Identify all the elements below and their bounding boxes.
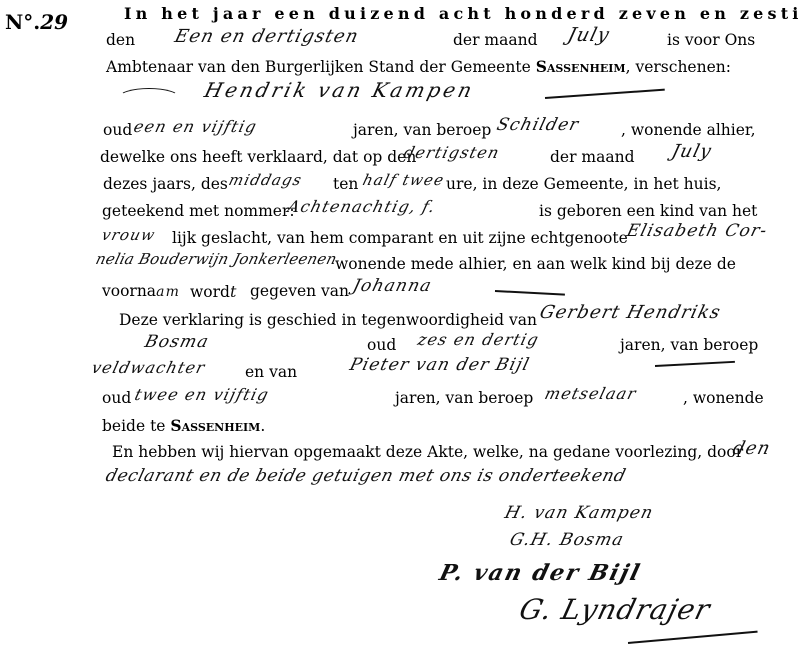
flourish — [118, 88, 180, 108]
handwritten-month: July — [566, 26, 612, 45]
handwritten-witness2: Pieter van der Bijl — [348, 357, 532, 374]
signature-registrar: G. Lyndrajer — [517, 596, 714, 624]
handwritten-witness1-2: Bosma — [143, 334, 211, 351]
handwritten-declarant-age: een en vijftig — [132, 119, 259, 135]
record-number: N°.29 — [5, 10, 68, 34]
handwritten-day: Een en dertigsten — [173, 28, 361, 46]
handwritten-am: am — [156, 284, 180, 300]
label-geslacht: lijk geslacht, van hem comparant en uit … — [172, 231, 628, 247]
verklaard-line: dewelke ons heeft verklaard, dat op den — [100, 150, 416, 166]
handwritten-witness1-age: zes en dertig — [416, 332, 541, 348]
label-der-maand-2: der maand — [550, 150, 635, 166]
fill-line-3 — [655, 361, 735, 367]
handwritten-birth-month: July — [670, 143, 714, 161]
label-voor-ons: is voor Ons — [667, 33, 755, 49]
record-number-label: N°. — [5, 10, 40, 34]
label-wonende-mede: wonende mede alhier, en aan welk kind bi… — [335, 257, 736, 273]
verklaring-line: Deze verklaring is geschied in tegenwoor… — [119, 313, 537, 329]
ambtenaar-text: Ambtenaar van den Burgerlijken Stand der… — [106, 58, 531, 76]
label-gegeven-van: gegeven van — [250, 284, 349, 300]
label-dezes-jaars: dezes jaars, des — [103, 177, 228, 193]
label-oud: oud — [103, 123, 132, 139]
fill-line-2 — [495, 290, 565, 295]
closing-line: En hebben wij hiervan opgemaakt deze Akt… — [112, 445, 743, 461]
signature-witness2: P. van der Bijl — [437, 562, 643, 584]
municipality-name-2: Sassenheim — [170, 416, 260, 435]
municipality-name: Sassenheim — [536, 57, 626, 76]
word-text: word — [190, 283, 230, 301]
period: . — [260, 417, 265, 435]
verschenen-text: , verschenen: — [626, 58, 731, 76]
handwritten-closing: declarant en de beide getuigen met ons i… — [104, 468, 628, 485]
handwritten-declarant-occupation: Schilder — [495, 117, 581, 134]
beide-te-text: beide te — [102, 417, 165, 435]
handwritten-birth-day: dertigsten — [402, 145, 502, 161]
handwritten-witness2-occupation: metselaar — [543, 386, 638, 402]
label-oud-3: oud — [102, 391, 131, 407]
label-geboren: is geboren een kind van het — [539, 204, 757, 220]
signature-witness1: G.H. Bosma — [508, 532, 626, 549]
handwritten-child-name: Johanna — [351, 278, 434, 295]
handwritten-witness2-age: twee en vijftig — [133, 387, 271, 403]
label-nommer: geteekend met nommer: — [102, 204, 295, 220]
signature-declarant: H. van Kampen — [503, 505, 655, 522]
handwritten-closing-end: den — [731, 440, 773, 458]
signature-underline — [628, 631, 758, 644]
handwritten-time: half twee — [361, 173, 446, 188]
label-ure-gemeente: ure, in deze Gemeente, in het huis, — [446, 177, 721, 193]
handwritten-sex: vrouw — [100, 228, 157, 243]
handwritten-mother-2: nelia Bouderwijn Jonkerleenen — [94, 252, 338, 267]
label-voornaam: voornaam — [102, 284, 180, 300]
ambtenaar-line: Ambtenaar van den Burgerlijken Stand der… — [106, 59, 731, 76]
label-ten: ten — [333, 177, 358, 193]
voorna-text: voorna — [102, 282, 156, 300]
handwritten-witness1-1: Gerbert Hendriks — [538, 304, 723, 322]
label-wonende-2: , wonende — [683, 391, 764, 407]
handwritten-time-of-day: middags — [227, 173, 304, 188]
beide-te-line: beide te Sassenheim. — [102, 418, 265, 435]
label-den: den — [106, 33, 135, 49]
handwritten-t: t — [230, 282, 238, 301]
record-number-value: 29 — [40, 10, 68, 34]
handwritten-witness1-occupation: veldwachter — [90, 360, 207, 376]
opening-line: In het jaar een duizend acht honderd zev… — [124, 6, 800, 22]
label-jaren-beroep: jaren, van beroep — [353, 123, 491, 139]
label-wonende-alhier: , wonende alhier, — [621, 123, 756, 139]
fill-line — [545, 89, 665, 99]
handwritten-declarant: Hendrik van Kampen — [203, 80, 477, 100]
handwritten-house-number: Achtenachtig, f. — [286, 199, 437, 215]
label-word: wordt — [190, 284, 238, 301]
label-der-maand: der maand — [453, 33, 538, 49]
label-en-van: en van — [245, 365, 297, 381]
label-oud-2: oud — [367, 338, 396, 354]
label-jaren-beroep-3: jaren, van beroep — [395, 391, 533, 407]
label-jaren-beroep-2: jaren, van beroep — [620, 338, 758, 354]
handwritten-mother-1: Elisabeth Cor- — [625, 223, 769, 240]
